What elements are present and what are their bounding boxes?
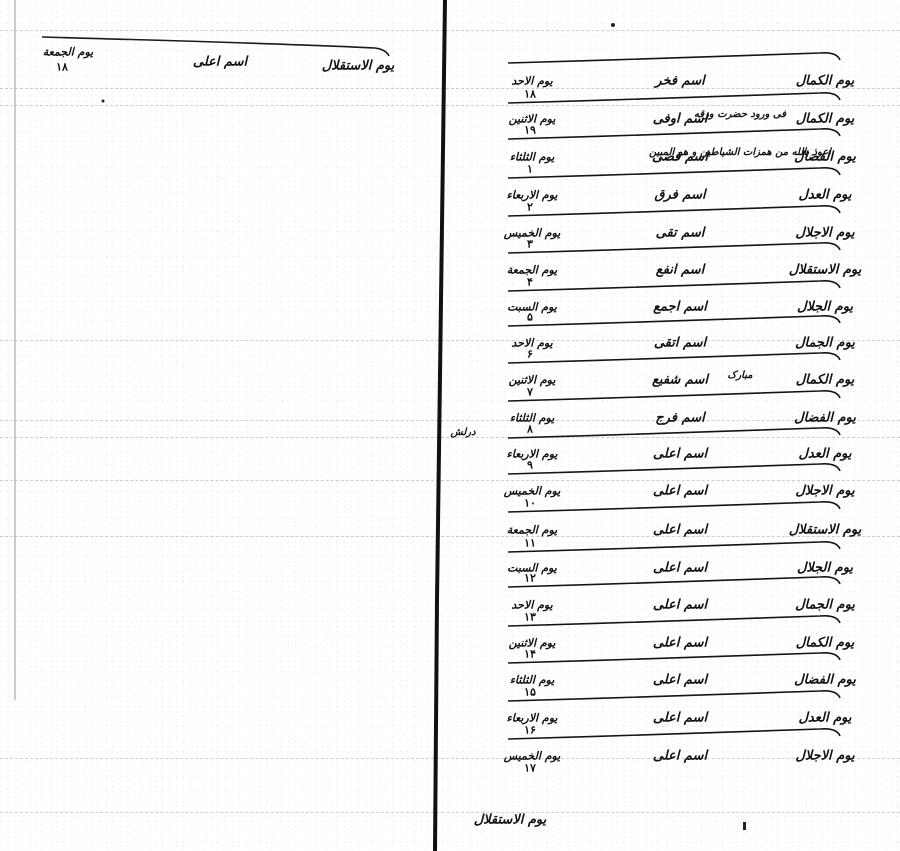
month-day: یوم الاجلال — [795, 226, 854, 239]
month-day: یوم الاستقلال — [789, 524, 862, 537]
day-number: ۸ — [527, 424, 533, 435]
weekday: یوم الاحد — [511, 599, 552, 610]
weekday: یوم الاحد — [511, 337, 552, 348]
right-page: درلش یوم الاستقلال یوم الکمالاسم فخریوم … — [0, 0, 900, 851]
day-number: ۱۱ — [524, 538, 536, 549]
day-number: ۲ — [527, 202, 533, 213]
month-day: یوم العدل — [798, 448, 851, 461]
name-of-day: اسم فرج — [655, 411, 704, 424]
footer-entry: یوم الاستقلال — [474, 814, 547, 827]
name-of-day: اسم اجمع — [653, 300, 707, 313]
row-note: اعوذ بالله من همزات الشیاطین و هو المبین — [649, 148, 831, 158]
day-number: ۴ — [527, 277, 533, 288]
weekday: یوم الاحد — [511, 76, 552, 87]
weekday: یوم الجمعة — [507, 265, 557, 276]
name-of-day: اسم اعلی — [653, 598, 707, 611]
name-of-day: اسم اتقی — [654, 336, 706, 349]
weekday: یوم الاثنین — [509, 637, 556, 648]
name-of-day: اسم اعلی — [653, 561, 707, 574]
name-of-day: اسم تقی — [656, 226, 705, 239]
month-day: یوم الجلال — [797, 561, 853, 574]
name-of-day: اسم فخر — [655, 75, 704, 88]
name-of-day: اسم اعلی — [653, 750, 707, 763]
name-of-day: اسم فرق — [654, 189, 705, 202]
month-day: یوم الاجلال — [795, 750, 854, 763]
weekday: یوم الثلثاء — [510, 412, 555, 423]
weekday: یوم الخمیس — [504, 227, 561, 238]
day-number: ۶ — [527, 349, 533, 360]
day-number: ۱۶ — [524, 725, 536, 736]
day-number: ۹ — [527, 460, 533, 471]
name-of-day: اسم اعلی — [653, 524, 707, 537]
month-day: یوم الجمال — [795, 336, 855, 349]
month-day: یوم الاجلال — [795, 485, 854, 498]
day-number: ۱ — [527, 164, 533, 175]
margin-note: درلش — [450, 428, 475, 438]
day-number: ۵ — [527, 312, 533, 323]
weekday: یوم الخمیس — [504, 751, 561, 762]
month-day: یوم الکمال — [796, 75, 855, 88]
month-day: یوم الجلال — [797, 300, 853, 313]
name-of-day: اسم انفع — [656, 264, 704, 277]
name-of-day: اسم اعلی — [653, 485, 707, 498]
day-number: ۱۰ — [524, 498, 536, 509]
row-note: مبارک — [727, 371, 752, 381]
day-number: ۷ — [527, 387, 533, 398]
month-day: یوم الجمال — [795, 598, 855, 611]
weekday: یوم الثلثاء — [510, 675, 555, 686]
weekday: یوم الاثنین — [509, 375, 556, 386]
day-number: ۱۳ — [524, 612, 536, 623]
day-number: ۱۲ — [524, 573, 536, 584]
month-day: یوم الکمال — [796, 636, 855, 649]
month-day: یوم الکمال — [796, 374, 855, 387]
day-number: ۱۴ — [524, 649, 536, 660]
month-day: یوم العدل — [798, 712, 851, 725]
row-note: فی ورود حضرت ورقه — [694, 110, 786, 120]
name-of-day: اسم اعلی — [653, 636, 707, 649]
month-day: یوم العدل — [798, 189, 851, 202]
day-number: ۱۹ — [524, 125, 536, 136]
month-day: یوم الکمال — [796, 113, 855, 126]
weekday: یوم الخمیس — [504, 486, 561, 497]
month-day: یوم الفضال — [794, 411, 856, 424]
name-of-day: اسم اعلی — [653, 674, 707, 687]
name-of-day: اسم اعلی — [653, 712, 707, 725]
name-of-day: اسم شفیع — [652, 374, 708, 387]
day-number: ۱۸ — [524, 89, 536, 100]
weekday: یوم الاربعاء — [507, 713, 558, 724]
weekday: یوم الاربعاء — [507, 190, 558, 201]
weekday: یوم الثلثاء — [510, 151, 555, 162]
day-number: ۱۷ — [524, 763, 536, 774]
month-day: یوم الفضال — [794, 674, 856, 687]
month-day: یوم الاستقلال — [789, 264, 862, 277]
weekday: یوم الجمعة — [507, 525, 557, 536]
day-number: ۳ — [527, 239, 533, 250]
name-of-day: اسم اعلی — [653, 448, 707, 461]
day-number: ۱۵ — [524, 687, 536, 698]
